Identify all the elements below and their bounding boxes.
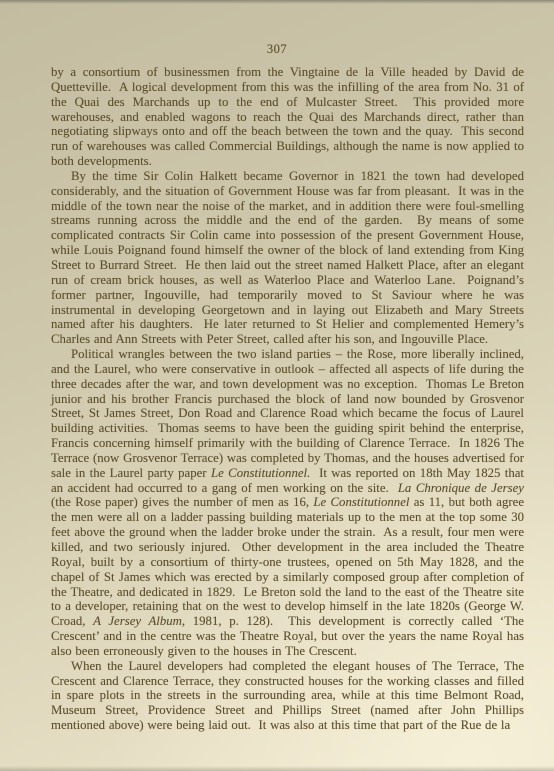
- text-block: by a consortium of businessmen from the …: [51, 65, 524, 733]
- text-segment: When the Laurel developers had completed…: [51, 659, 524, 732]
- paragraph: Political wrangles between the two islan…: [51, 347, 524, 659]
- italic-text-segment: La Chronique de Jersey: [398, 481, 524, 495]
- book-page-scan: 307 by a consortium of businessmen from …: [0, 0, 554, 771]
- text-segment: by a consortium of businessmen from the …: [51, 65, 524, 168]
- text-segment: Political wrangles between the two islan…: [51, 347, 524, 480]
- italic-text-segment: Le Constitutionnel: [313, 495, 409, 509]
- italic-text-segment: Le Constitutionnel.: [211, 466, 310, 480]
- italic-text-segment: A Jersey Album: [93, 614, 182, 628]
- paragraph: When the Laurel developers had completed…: [51, 659, 524, 733]
- paragraph: by a consortium of businessmen from the …: [51, 65, 524, 169]
- text-segment: By the time Sir Colin Halkett became Gov…: [51, 169, 524, 346]
- text-segment: as 11, but both agree the men were all o…: [51, 495, 524, 628]
- page-number: 307: [0, 42, 554, 57]
- text-segment: (the Rose paper) gives the number of men…: [51, 495, 313, 509]
- paragraph: By the time Sir Colin Halkett became Gov…: [51, 169, 524, 347]
